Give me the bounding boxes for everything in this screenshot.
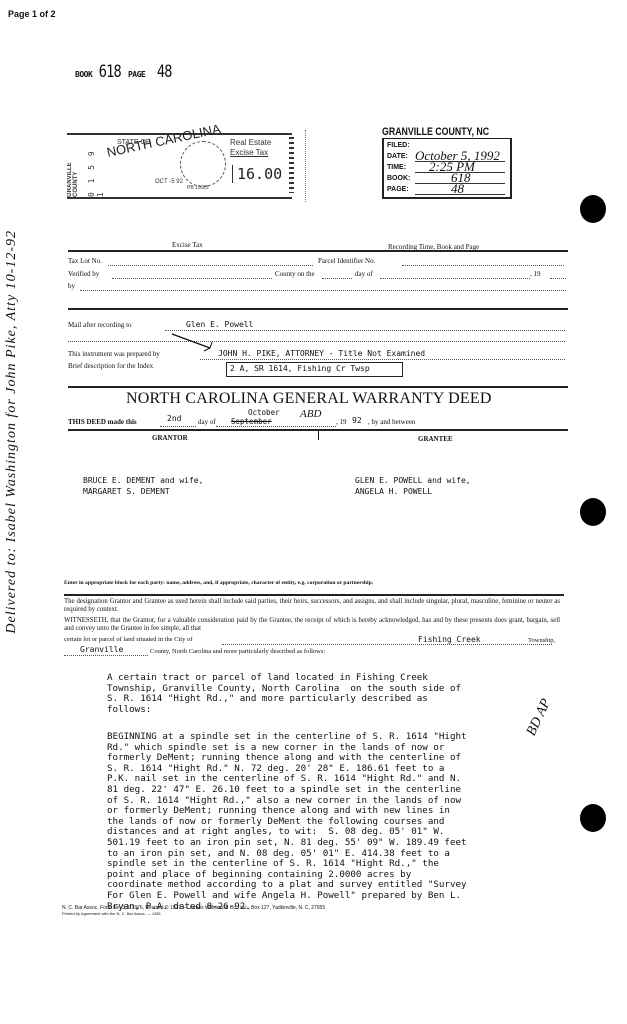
deed-title: NORTH CAROLINA GENERAL WARRANTY DEED <box>126 390 492 408</box>
state-seal-icon <box>180 141 226 187</box>
mail-after-label: Mail after recording to <box>68 321 132 329</box>
margin-handwritten-note: Delivered to: Isabel Washington for John… <box>4 230 22 810</box>
book-label: BOOK <box>75 70 92 79</box>
page-number: 48 <box>157 62 172 82</box>
by-label: by <box>68 282 75 290</box>
mail-after-field <box>165 330 565 331</box>
filed-page-row: PAGE: 48 <box>387 184 507 195</box>
book-page-stamp: BOOK 618 PAGE 48 <box>75 62 174 82</box>
township-label: Township, <box>528 637 555 644</box>
divider <box>68 308 568 310</box>
filed-page-value: 48 <box>415 183 505 195</box>
grantor-label: GRANTOR <box>152 434 188 442</box>
stamp-serial: 0 1 5 9 1 <box>87 141 105 197</box>
stamp-cut-line <box>305 130 306 202</box>
arrow-icon <box>170 332 220 354</box>
stamp-barcode-icon <box>289 137 294 193</box>
tax-lot-field <box>108 265 313 266</box>
mail-after-field-2 <box>68 341 565 342</box>
divider <box>64 594 564 596</box>
stamp-amount: 16.00 <box>232 165 282 183</box>
parcel-id-field <box>402 265 564 266</box>
filed-header: GRANVILLE COUNTY, NC <box>382 126 483 138</box>
year-prefix: , 19 <box>336 418 347 426</box>
prepared-by-field <box>200 359 565 360</box>
year-field <box>550 278 566 279</box>
designation-clause: The designation Grantor and Grantee as u… <box>64 598 560 614</box>
month-field <box>380 278 530 279</box>
grantee-label: GRANTEE <box>418 435 453 443</box>
page-label: PAGE <box>128 70 145 79</box>
city-label: certain lot or parcel of land situated i… <box>64 636 193 643</box>
excise-tax-stamp: GRANVILLE COUNTY 0 1 5 9 1 STATE OF NORT… <box>67 133 292 199</box>
divider <box>68 386 568 388</box>
verified-by-field <box>112 278 272 279</box>
property-description-intro: A certain tract or parcel of land locate… <box>107 673 547 715</box>
day-of-label: day of <box>198 418 216 426</box>
stamp-tax-label: Real Estate Excise Tax <box>230 138 271 158</box>
punch-hole-icon <box>580 804 606 832</box>
form-footer-2: Printed by Agreement with the N. C. Bar … <box>62 911 161 916</box>
brief-desc-value: 2 A, SR 1614, Fishing Cr Twsp <box>230 364 370 373</box>
county-on-the-label: County on the <box>275 270 315 278</box>
excise-tax-label: Excise Tax <box>172 241 203 249</box>
stamp-date: OCT -5 92 <box>155 179 183 185</box>
county-line <box>64 655 148 656</box>
parcel-id-label: Parcel Identifier No. <box>318 257 375 265</box>
book-number: 618 <box>99 62 121 82</box>
page-indicator: Page 1 of 2 <box>8 9 56 19</box>
enter-note: Enter in appropriate block for each part… <box>64 580 373 586</box>
township-value: Fishing Creek <box>418 635 481 644</box>
grantee-line-1: GLEN E. POWELL and wife, <box>355 476 471 485</box>
punch-hole-icon <box>580 498 606 526</box>
stamp-county: GRANVILLE COUNTY <box>67 143 79 197</box>
by-field <box>80 290 566 291</box>
deed-month-struck: September <box>231 417 272 426</box>
filed-box: FILED: DATE: October 5, 1992 TIME: 2:25 … <box>382 138 512 199</box>
day-line <box>160 426 196 427</box>
mail-to-value: Glen E. Powell <box>186 320 253 329</box>
grantor-line-1: BRUCE E. DEMENT and wife, <box>83 476 203 485</box>
brief-desc-label: Brief description for the Index <box>68 362 153 370</box>
county-value: Granville <box>80 645 123 654</box>
stamp-code: PB 11625 <box>187 185 209 191</box>
grantee-line-2: ANGELA H. POWELL <box>355 487 432 496</box>
column-divider <box>318 430 319 440</box>
made-prefix: THIS DEED made this <box>68 418 137 426</box>
deed-year: 92 <box>352 416 362 425</box>
day-field <box>322 278 352 279</box>
prepared-by-label: This instrument was prepared by <box>68 350 160 358</box>
month-initials: ABD <box>300 408 321 420</box>
property-description-metes-bounds: BEGINNING at a spindle set in the center… <box>107 732 547 912</box>
county-suffix: County, North Carolina and more particul… <box>150 648 325 655</box>
deed-day: 2nd <box>167 414 181 423</box>
divider <box>68 250 568 252</box>
tax-lot-label: Tax Lot No. <box>68 257 102 265</box>
between-label: , by and between <box>368 418 415 426</box>
punch-hole-icon <box>580 195 606 223</box>
prepared-by-value: JOHN H. PIKE, ATTORNEY - Title Not Exami… <box>218 349 425 358</box>
year-prefix: , 19 <box>530 270 541 278</box>
filed-stamp: GRANVILLE COUNTY, NC FILED: DATE: Octobe… <box>382 126 508 199</box>
day-of-label: day of <box>355 270 373 278</box>
grantor-line-2: MARGARET S. DEMENT <box>83 487 170 496</box>
witnesseth-clause: WITNESSETH, that the Grantor, for a valu… <box>64 617 560 633</box>
city-line <box>222 644 552 645</box>
deed-month: October <box>248 408 280 417</box>
month-line <box>216 426 336 427</box>
verified-by-label: Verified by <box>68 270 99 278</box>
